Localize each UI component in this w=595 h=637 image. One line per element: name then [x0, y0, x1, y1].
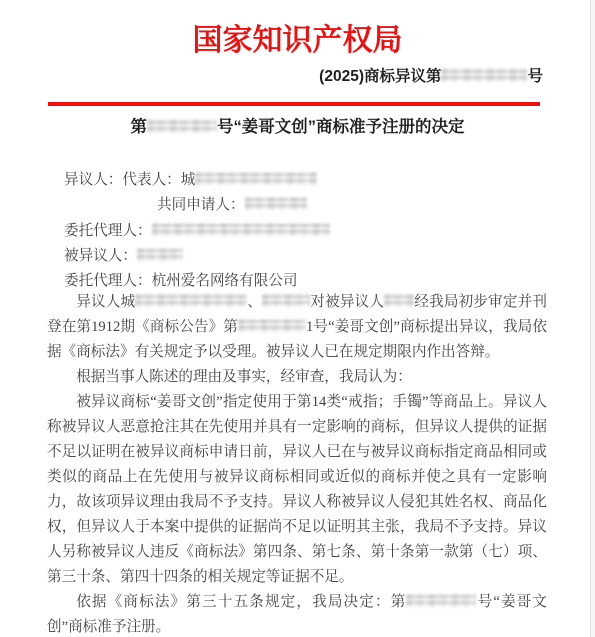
page-right-edge	[590, 0, 595, 637]
redacted-blur	[147, 119, 217, 133]
redacted-blur	[406, 594, 476, 607]
party-line: 共同申请人：	[64, 193, 547, 218]
decision-title: 第号“姜哥文创”商标准予注册的决定	[0, 113, 595, 137]
party-line: 被异议人：	[64, 244, 547, 269]
party-line: 异议人：代表人：城	[64, 168, 547, 193]
body-paragraph: 异议人城、对被异议人经我局初步审定并刊登在第1912期《商标公告》第1号“姜哥文…	[47, 290, 547, 365]
text-run: 异议人：代表人：城	[64, 172, 195, 188]
redacted-blur	[262, 294, 310, 307]
text-run: 号“姜哥文创”商标准予注册的决定	[217, 118, 465, 136]
redacted-blur	[195, 172, 317, 185]
case-number: (2025)商标异议第号	[319, 64, 543, 86]
text-run: 根据当事人陈述的理由及事实，经审查，我局认为：	[76, 369, 412, 385]
body-paragraphs: 异议人城、对被异议人经我局初步审定并刊登在第1912期《商标公告》第1号“姜哥文…	[47, 290, 547, 637]
text-run: 被异议商标“姜哥文创”指定使用于第14类“戒指；手镯”等商品上。异议人称被异议人…	[47, 394, 547, 585]
text-run: 委托代理人：杭州爱名网络有限公司	[64, 273, 298, 289]
text-run: 依据《商标法》第三十五条规定，我局决定：第	[76, 594, 406, 610]
text-run: 第	[131, 118, 148, 136]
redacted-blur	[135, 294, 247, 307]
agency-title: 国家知识产权局	[0, 15, 595, 59]
text-run: 异议人城	[76, 294, 135, 310]
text-run: 对被异议人	[310, 294, 384, 310]
text-run: 委托代理人：	[64, 223, 152, 239]
text-run: 号	[527, 68, 543, 85]
redacted-blur	[137, 248, 183, 261]
body-paragraph: 依据《商标法》第三十五条规定，我局决定：第号“姜哥文创”商标准予注册。	[47, 590, 547, 637]
party-line: 委托代理人：	[64, 219, 547, 244]
document-page: 国家知识产权局 (2025)商标异议第号 第号“姜哥文创”商标准予注册的决定 异…	[0, 0, 595, 637]
body-paragraph: 根据当事人陈述的理由及事实，经审查，我局认为：	[47, 365, 547, 390]
parties-block: 异议人：代表人：城共同申请人：委托代理人：被异议人：委托代理人：杭州爱名网络有限…	[64, 168, 547, 294]
redacted-blur	[245, 197, 307, 210]
redacted-blur	[238, 319, 306, 332]
red-divider-rule	[48, 102, 540, 106]
redacted-blur	[152, 223, 330, 236]
text-run: 共同申请人：	[157, 197, 245, 213]
text-run: (2025)商标异议第	[319, 68, 441, 85]
body-paragraph: 被异议商标“姜哥文创”指定使用于第14类“戒指；手镯”等商品上。异议人称被异议人…	[47, 390, 547, 590]
text-run: 被异议人：	[64, 248, 137, 264]
redacted-blur	[384, 294, 414, 307]
text-run: 、	[247, 294, 262, 310]
redacted-blur	[441, 68, 527, 82]
